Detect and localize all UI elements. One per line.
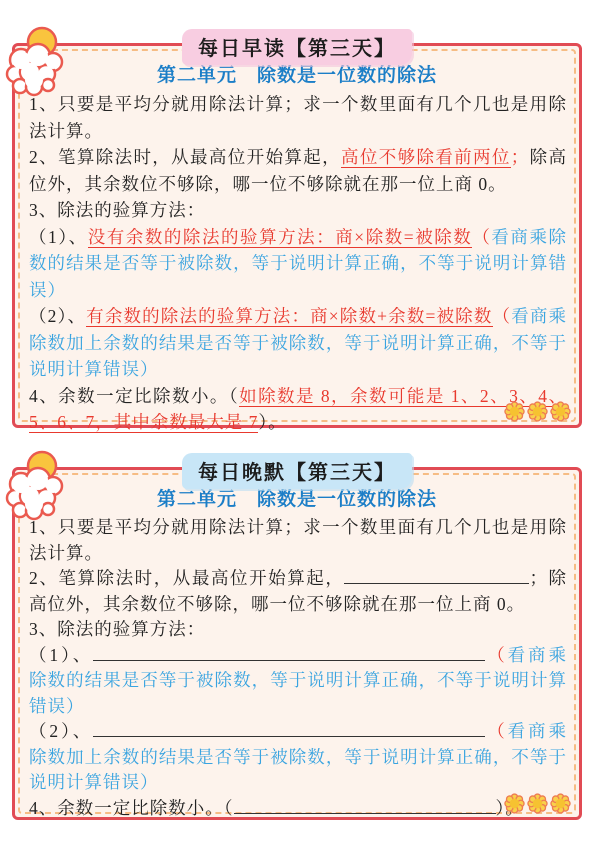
- paragraph: （2）、（看商乘除数加上余数的结果是否等于被除数，等于说明计算正确，不等于说明计…: [29, 719, 567, 796]
- fill-in-blank: [344, 569, 529, 584]
- paragraph: （1）、（看商乘除数的结果是否等于被除数，等于说明计算正确，不等于说明计算错误）: [29, 643, 567, 720]
- text-segment: 2、笔算除法时，从最高位开始算起，: [29, 568, 344, 588]
- text-segment: 4、余数一定比除数小。（: [29, 798, 234, 818]
- paragraph: 3、除法的验算方法：: [29, 617, 567, 643]
- text-segment: 3、除法的验算方法：: [29, 200, 205, 220]
- flower-icon: [550, 793, 571, 814]
- text-segment: 4、余数一定比除数小。（: [29, 386, 239, 406]
- text-segment: （1）、: [29, 227, 88, 247]
- paragraph: 3、除法的验算方法：: [29, 197, 567, 224]
- flower-row: [504, 793, 571, 814]
- card-title-badge: 每日晚默【第三天】: [182, 453, 412, 489]
- text-segment: 没有余数的除法的验算方法：商×除数=被除数: [88, 227, 473, 248]
- text-segment: 2、笔算除法时，从最高位开始算起，: [29, 147, 341, 167]
- text-segment: ；: [511, 147, 530, 167]
- text-segment: （1）、: [29, 645, 93, 665]
- text-segment: （: [493, 306, 512, 326]
- paragraph: 4、余数一定比除数小。（如除数是 8，余数可能是 1、2、3、4、5、6、7，其…: [29, 383, 567, 436]
- card-body: 1、只要是平均分就用除法计算；求一个数里面有几个几也是用除法计算。2、笔算除法时…: [15, 513, 579, 825]
- text-segment: 1、只要是平均分就用除法计算；求一个数里面有几个几也是用除法计算。: [29, 517, 567, 563]
- paragraph: 2、笔算除法时，从最高位开始算起，；除高位外，其余数位不够除，哪一位不够除就在那…: [29, 566, 567, 617]
- text-segment: 1、只要是平均分就用除法计算；求一个数里面有几个几也是用除法计算。: [29, 94, 567, 141]
- paragraph: （2）、有余数的除法的验算方法：商×除数+余数=被除数（看商乘除数加上余数的结果…: [29, 303, 567, 383]
- flower-icon: [527, 401, 548, 422]
- paragraph: 1、只要是平均分就用除法计算；求一个数里面有几个几也是用除法计算。: [29, 515, 567, 566]
- card-body: 1、只要是平均分就用除法计算；求一个数里面有几个几也是用除法计算。2、笔算除法时…: [15, 89, 579, 440]
- fill-in-blank: [93, 722, 485, 737]
- text-segment: 有余数的除法的验算方法：商×除数+余数=被除数: [86, 306, 492, 327]
- evening-recitation-card: 每日晚默【第三天】 第二单元 除数是一位数的除法 1、只要是平均分就用除法计算；…: [12, 467, 582, 820]
- paragraph: （1）、没有余数的除法的验算方法：商×除数=被除数（看商乘除数的结果是否等于被除…: [29, 224, 567, 304]
- flower-icon: [550, 401, 571, 422]
- fill-in-blank: [234, 799, 496, 814]
- text-segment: （2）、: [29, 721, 93, 741]
- text-segment: （2）、: [29, 306, 86, 326]
- text-segment: （: [472, 227, 491, 247]
- flower-icon: [504, 793, 525, 814]
- paragraph: 1、只要是平均分就用除法计算；求一个数里面有几个几也是用除法计算。: [29, 91, 567, 144]
- flower-icon: [527, 793, 548, 814]
- sun-cloud-icon: [4, 24, 76, 106]
- text-segment: （: [485, 721, 507, 741]
- text-segment: 3、除法的验算方法：: [29, 619, 205, 639]
- sun-cloud-icon: [4, 448, 76, 530]
- card-title-badge: 每日早读【第三天】: [182, 29, 412, 65]
- flower-row: [504, 401, 571, 422]
- text-segment: 高位不够除看前两位: [341, 147, 511, 168]
- fill-in-blank: [93, 646, 485, 661]
- flower-icon: [504, 401, 525, 422]
- paragraph: 4、余数一定比除数小。（）。: [29, 796, 567, 822]
- paragraph: 2、笔算除法时，从最高位开始算起，高位不够除看前两位；除高位外，其余数位不够除，…: [29, 144, 567, 197]
- text-segment: ）。: [258, 412, 286, 432]
- morning-reading-card: 每日早读【第三天】 第二单元 除数是一位数的除法 1、只要是平均分就用除法计算；…: [12, 43, 582, 428]
- text-segment: （: [485, 645, 507, 665]
